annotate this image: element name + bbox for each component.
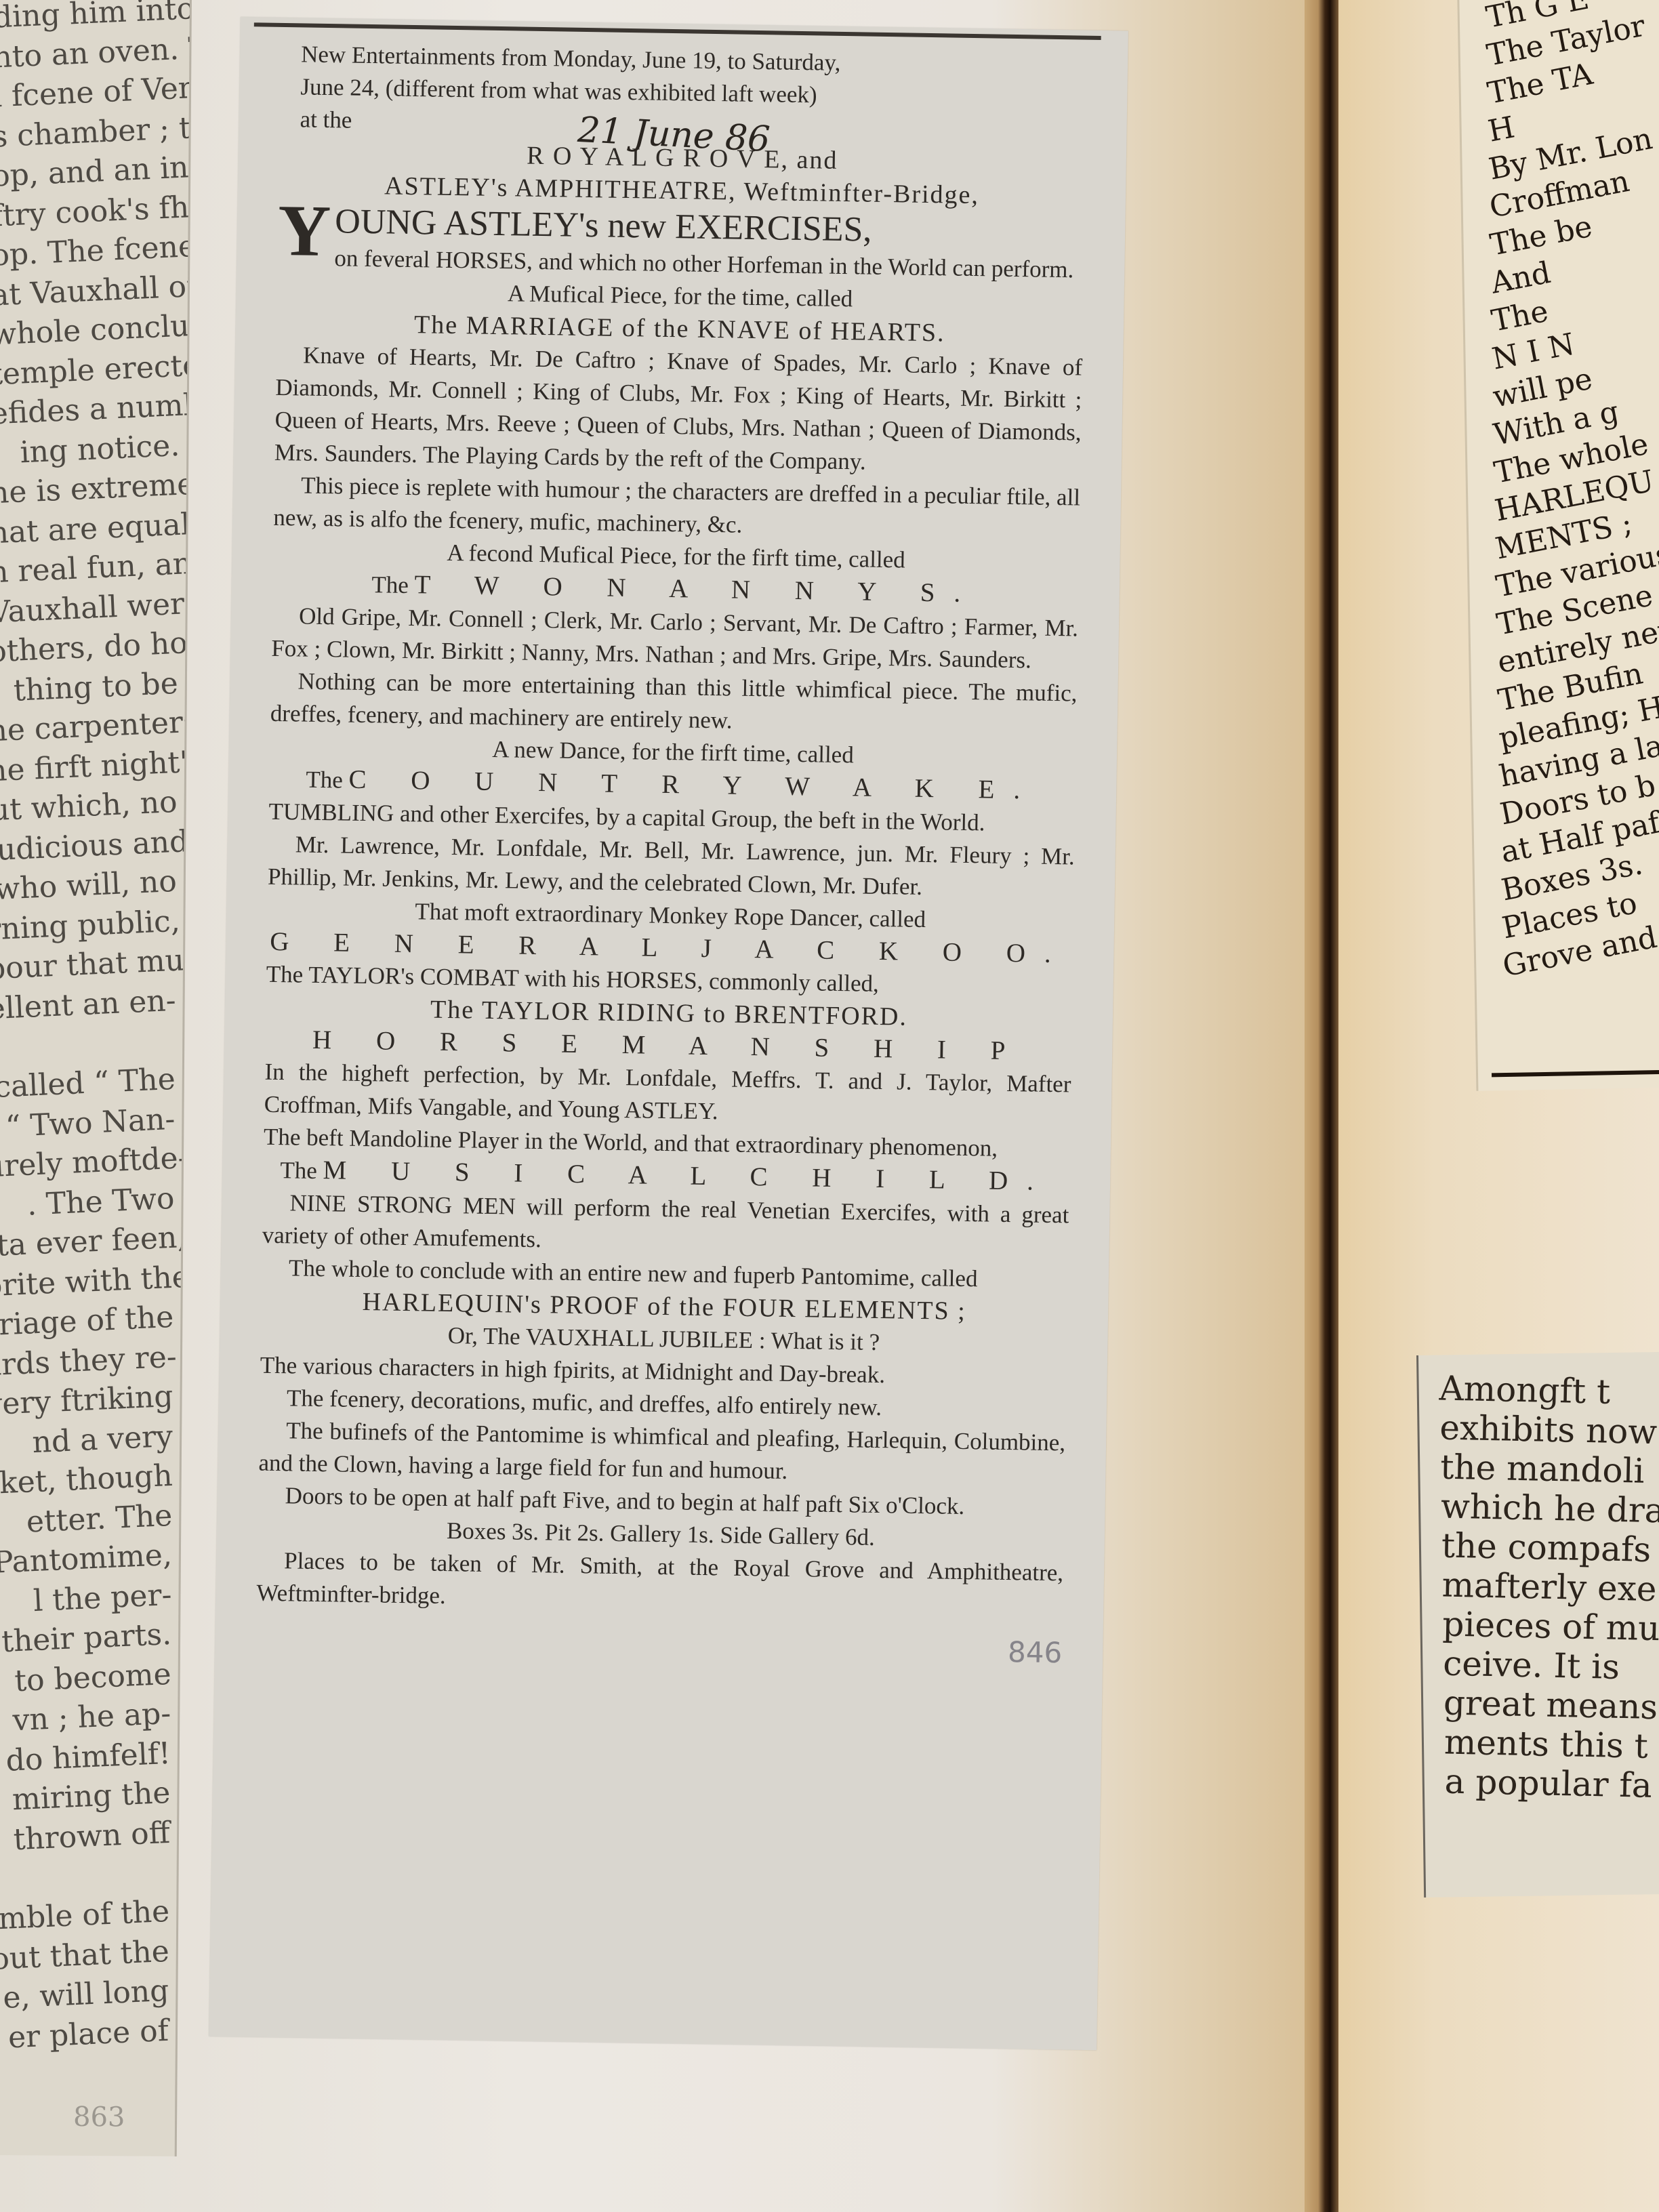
text-line: mafterly exe: [1441, 1565, 1659, 1610]
venue-1-suffix: and: [796, 146, 838, 175]
pantomime-business: The bufinefs of the Pantomime is whimfic…: [258, 1414, 1065, 1492]
text-line: [0, 1024, 182, 1065]
left-page-number: 863: [73, 2102, 125, 2133]
text-line: great means: [1443, 1683, 1659, 1727]
handwritten-date: 21 June 86: [577, 114, 771, 156]
pencil-catalog-number: 846: [1008, 1636, 1063, 1669]
right-top-clipping-text: Th G EThe TaylorThe TAHBy Mr. LonCroffma…: [1459, 0, 1659, 987]
text-line: which he dra: [1441, 1487, 1659, 1531]
musical-piece-review: This piece is replete with humour ; the …: [273, 469, 1080, 547]
text-line: thrown off: [0, 1813, 178, 1862]
box-office-info: Places to be taken of Mr. Smith, at the …: [256, 1544, 1063, 1622]
text-line: ellent an en-: [0, 981, 184, 1029]
text-line: er place of: [0, 2011, 176, 2060]
dance-title-prefix: The: [306, 766, 343, 794]
right-bottom-clipping-text: Amongft texhibits nowthe mandoliwhich he…: [1418, 1352, 1659, 1801]
young-astley-heading: OUNG ASTLEY's new EXERCISES,: [335, 202, 872, 249]
text-line: pieces of mu: [1442, 1605, 1659, 1649]
second-piece-cast: Old Gripe, Mr. Connell ; Clerk, Mr. Carl…: [271, 600, 1078, 678]
horsemanship-text: In the higheft perfection, by Mr. Lonfda…: [264, 1056, 1071, 1134]
book-spine: [1305, 0, 1338, 2212]
bottom-rule: [1492, 1069, 1659, 1077]
young-astley-block: Y OUNG ASTLEY's new EXERCISES, on fevera…: [277, 201, 1085, 287]
text-line: ments this t: [1443, 1722, 1659, 1766]
main-advertisement-clipping: 21 June 86 New Entertainments from Monda…: [209, 17, 1128, 2050]
text-line: ceive. It is: [1443, 1644, 1659, 1688]
left-newspaper-clipping: ding him intonto an oven. Thel fcene of …: [0, 0, 192, 2156]
text-line: [0, 1856, 177, 1897]
text-line: exhibits now: [1439, 1408, 1659, 1452]
tumblers-list: Mr. Lawrence, Mr. Lonfdale, Mr. Bell, Mr…: [268, 828, 1075, 906]
strong-men-text: NINE STRONG MEN will perform the real Ve…: [262, 1187, 1069, 1265]
right-bottom-newspaper-clipping: Amongft texhibits nowthe mandoliwhich he…: [1416, 1352, 1659, 1898]
text-line: a popular fa: [1444, 1761, 1659, 1805]
musical-child-prefix: The: [280, 1157, 317, 1184]
text-line: the mandoli: [1440, 1448, 1659, 1492]
drop-cap: Y: [277, 201, 331, 262]
left-clipping-text: ding him intonto an oven. Thel fcene of …: [0, 0, 190, 2055]
text-line: Amongft t: [1439, 1369, 1659, 1413]
second-piece-title: T W O N A N N Y S.: [414, 570, 979, 608]
text-line: the compafs: [1441, 1526, 1659, 1570]
second-piece-review: Nothing can be more entertaining than th…: [270, 665, 1077, 743]
musical-piece-cast: Knave of Hearts, Mr. De Caftro ; Knave o…: [274, 339, 1083, 482]
second-piece-title-prefix: The: [371, 571, 409, 598]
advertisement-body: 21 June 86 New Entertainments from Monda…: [256, 38, 1087, 1622]
right-top-newspaper-clipping: Th G EThe TaylorThe TAHBy Mr. LonCroffma…: [1457, 0, 1659, 1091]
